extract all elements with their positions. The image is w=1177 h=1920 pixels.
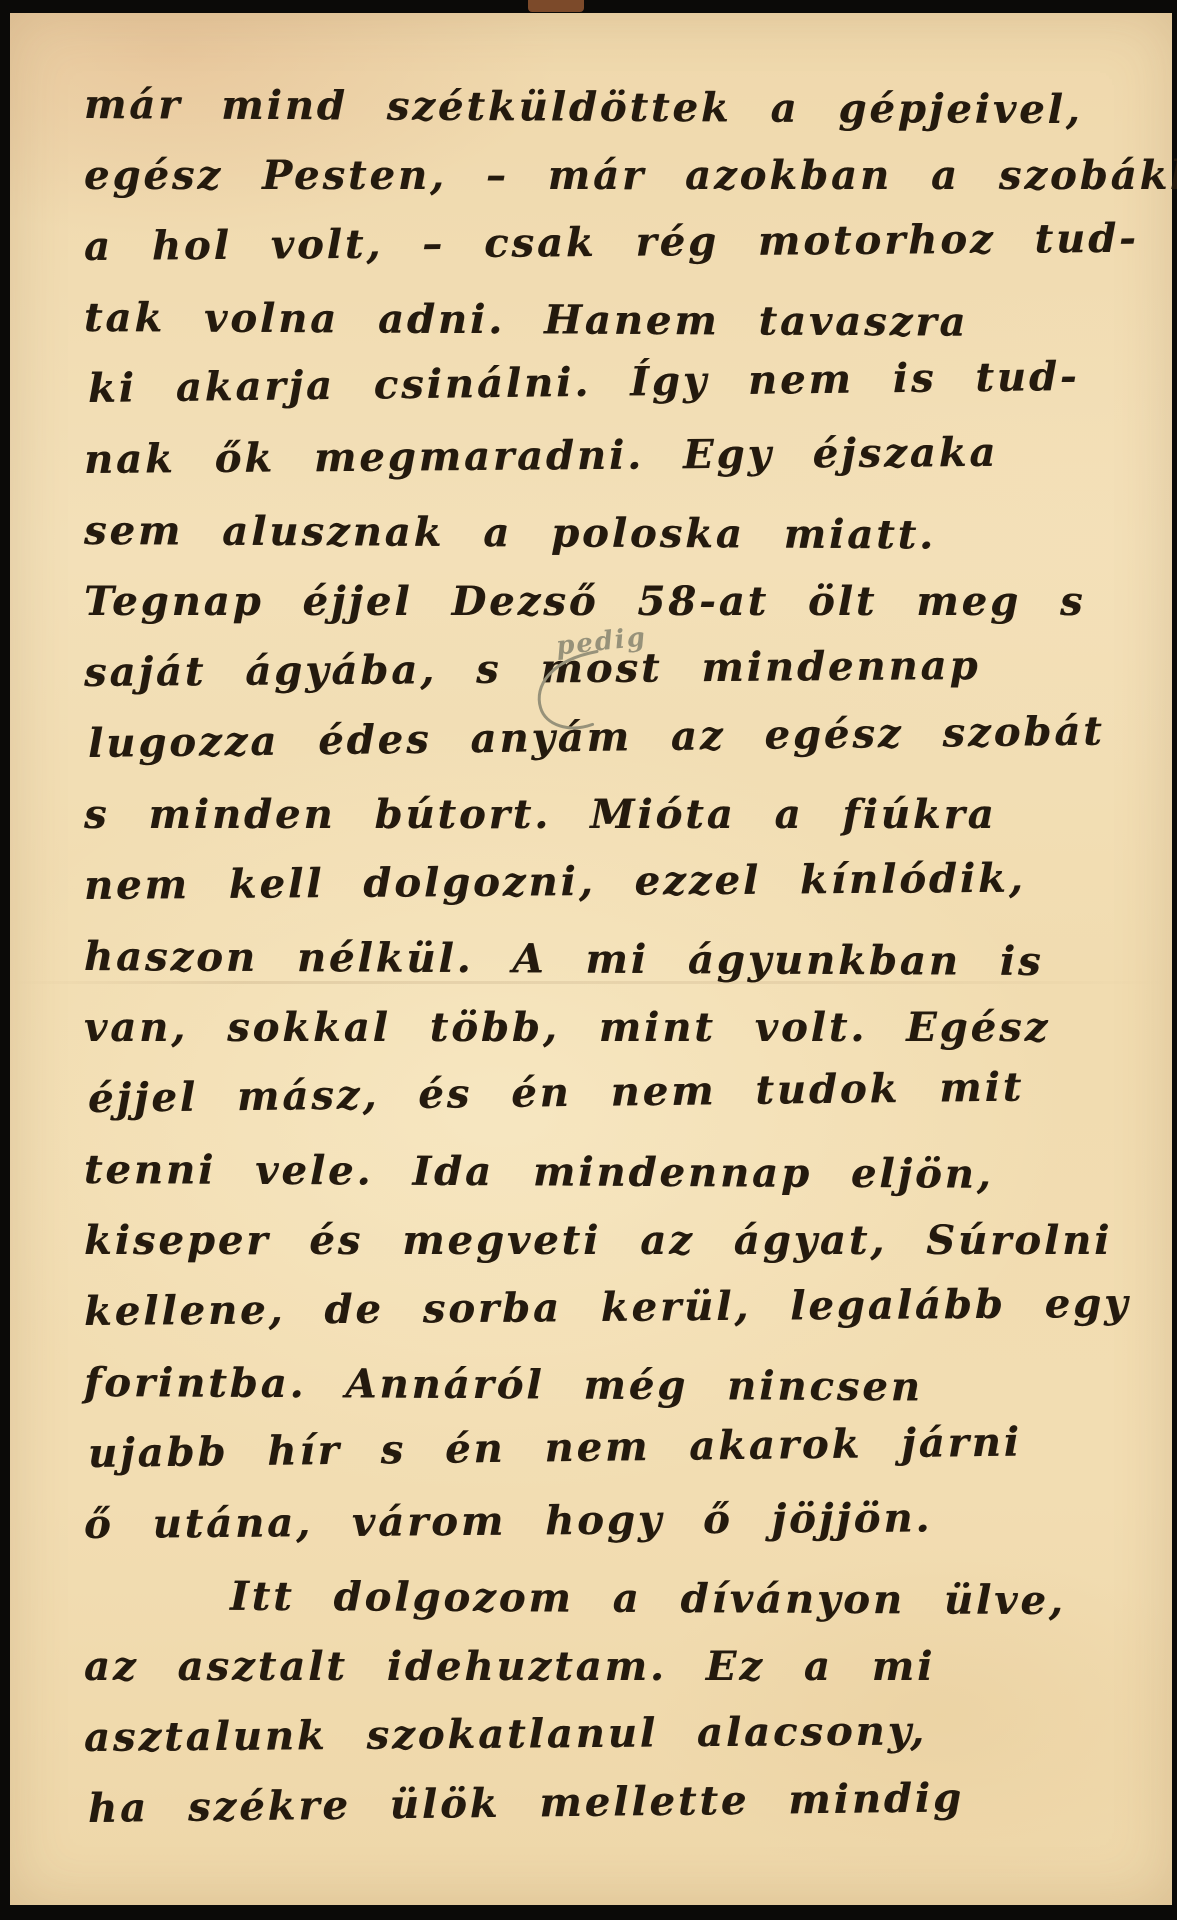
handwriting-line: s minden bútort. Mióta a fiúkra [84, 779, 1138, 850]
handwriting-line: haszon nélkül. A mi ágyunkban is [84, 921, 1138, 998]
scanned-letter-page: már mind szétküldöttek a gépjeivel,egész… [0, 0, 1177, 1920]
handwriting-line: Itt dolgozom a díványon ülve, [84, 1560, 1138, 1637]
handwriting-line: sem alusznak a poloska miatt. [84, 495, 1138, 572]
handwriting-line: ha székre ülök mellette mindig [88, 1760, 1143, 1844]
handwriting-line: nak ők megmaradni. Egy éjszaka [84, 416, 1139, 495]
handwriting-line: kellene, de sorba kerül, legalább egy [84, 1268, 1139, 1347]
handwriting-line: egész Pesten, – már azokban a szobákban, [84, 140, 1138, 211]
scan-edge-notch [528, 0, 584, 12]
handwriting-line: ki akarja csinálni. Így nem is tud- [88, 340, 1143, 424]
handwriting-line: a hol volt, – csak rég motorhoz tud- [84, 203, 1139, 282]
handwriting-line: lugozza édes anyám az egész szobát [88, 695, 1143, 779]
insertion-caret-icon [527, 645, 610, 744]
handwriting-line: ujabb hír s én nem akarok járni [88, 1405, 1143, 1489]
letter-paper: már mind szétküldöttek a gépjeivel,egész… [10, 13, 1172, 1905]
handwriting-line: ő utána, várom hogy ő jöjjön. [84, 1481, 1139, 1560]
handwriting-line: kiseper és megveti az ágyat, Súrolni [84, 1205, 1138, 1276]
handwriting-line: az asztalt idehuztam. Ez a mi [84, 1631, 1138, 1702]
handwriting-text: már mind szétküldöttek a gépjeivel,egész… [84, 69, 1138, 1844]
handwriting-line: éjjel mász, és én nem tudok mit [88, 1050, 1143, 1134]
handwriting-line: tenni vele. Ida mindennap eljön, [84, 1134, 1138, 1211]
handwriting-line: már mind szétküldöttek a gépjeivel, [84, 69, 1138, 146]
handwriting-line: nem kell dolgozni, ezzel kínlódik, [84, 842, 1139, 921]
